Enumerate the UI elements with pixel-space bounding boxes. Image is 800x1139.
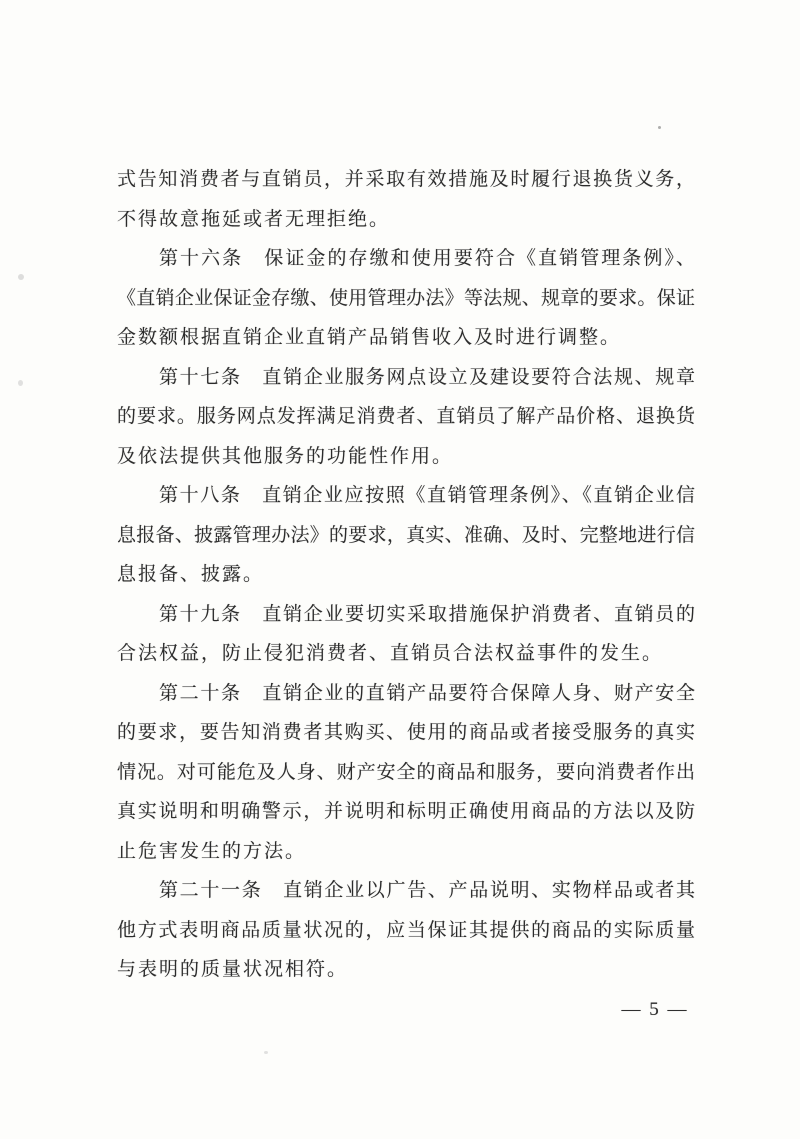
text-line-article-21: 第二十一条 直销企业以广告、产品说明、实物样品或者其 (117, 871, 695, 911)
text-line: 金数额根据直销企业直销产品销售收入及时进行调整。 (117, 318, 695, 358)
text-line: 式告知消费者与直销员，并采取有效措施及时履行退换货义务， (117, 160, 695, 200)
page-number: — 5 — (610, 996, 700, 1024)
scan-speck (18, 274, 24, 280)
text-line: 的要求。服务网点发挥满足消费者、直销员了解产品价格、退换货 (117, 397, 695, 437)
text-line-article-18: 第十八条 直销企业应按照《直销管理条例》、《直销企业信 (117, 476, 695, 516)
text-line-article-20: 第二十条 直销企业的直销产品要符合保障人身、财产安全 (117, 674, 695, 714)
text-line: 息报备、披露。 (117, 555, 695, 595)
document-page: 式告知消费者与直销员，并采取有效措施及时履行退换货义务， 不得故意拖延或者无理拒… (0, 0, 800, 1139)
text-line: 《直销企业保证金存缴、使用管理办法》等法规、规章的要求。保证 (117, 279, 695, 319)
text-line: 止危害发生的方法。 (117, 832, 695, 872)
text-line-article-17: 第十七条 直销企业服务网点设立及建设要符合法规、规章 (117, 358, 695, 398)
scan-speck (264, 1051, 268, 1054)
text-line-article-19: 第十九条 直销企业要切实采取措施保护消费者、直销员的 (117, 595, 695, 635)
text-line: 的要求，要告知消费者其购买、使用的商品或者接受服务的真实 (117, 713, 695, 753)
scan-speck (18, 380, 23, 386)
text-line: 息报备、披露管理办法》的要求，真实、准确、及时、完整地进行信 (117, 516, 695, 556)
text-line: 合法权益，防止侵犯消费者、直销员合法权益事件的发生。 (117, 634, 695, 674)
text-line: 及依法提供其他服务的功能性作用。 (117, 437, 695, 477)
text-line: 不得故意拖延或者无理拒绝。 (117, 200, 695, 240)
scan-speck (658, 126, 661, 129)
text-line: 情况。对可能危及人身、财产安全的商品和服务，要向消费者作出 (117, 753, 695, 793)
text-line: 他方式表明商品质量状况的，应当保证其提供的商品的实际质量 (117, 911, 695, 951)
text-line: 真实说明和明确警示，并说明和标明正确使用商品的方法以及防 (117, 792, 695, 832)
document-body: 式告知消费者与直销员，并采取有效措施及时履行退换货义务， 不得故意拖延或者无理拒… (117, 160, 695, 990)
text-line: 与表明的质量状况相符。 (117, 950, 695, 990)
text-line-article-16: 第十六条 保证金的存缴和使用要符合《直销管理条例》、 (117, 239, 695, 279)
